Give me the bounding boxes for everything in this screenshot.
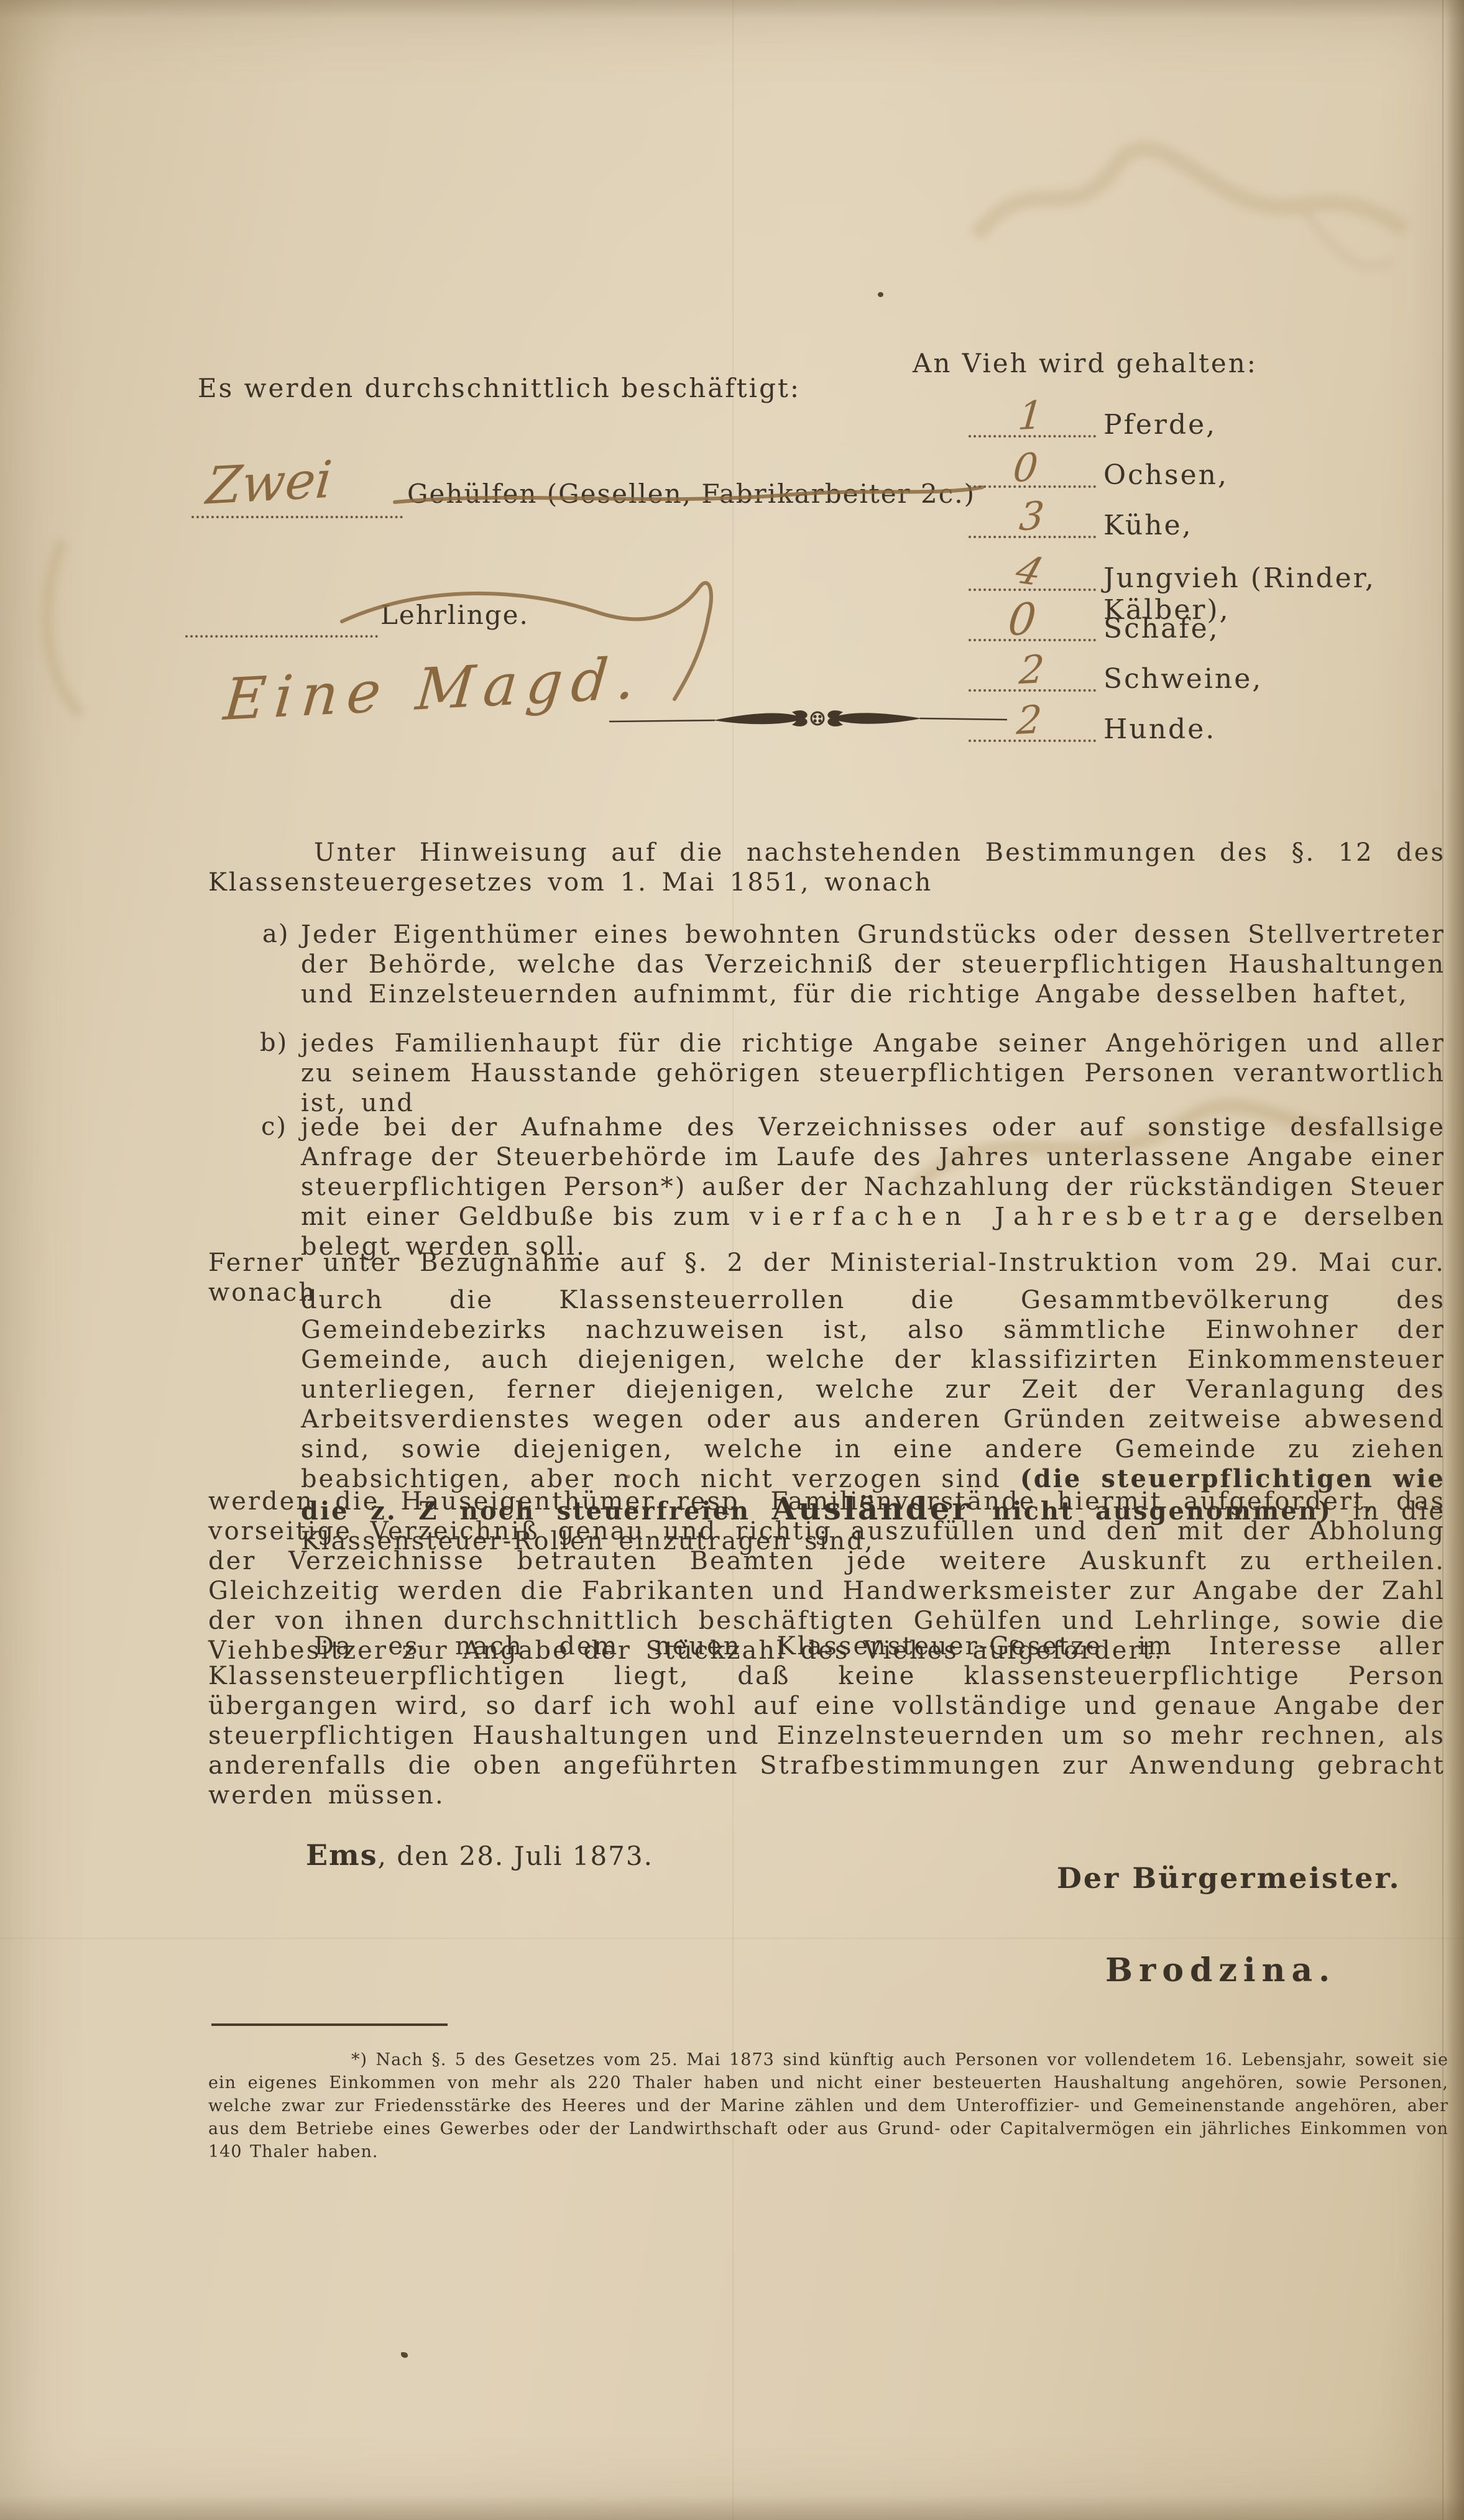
paper-speck (878, 292, 883, 297)
scanned-document-page: Es werden durchschnittlich beschäftigt: … (0, 0, 1464, 2520)
livestock-count-handwritten: 2 (1018, 650, 1046, 690)
item-c-letterspaced: vierfachen Jahresbetrage (750, 1203, 1286, 1231)
item-c-label: c) (261, 1112, 287, 1141)
item-b-label: b) (260, 1029, 288, 1057)
dateline-date: , den 28. Juli 1873. (378, 1841, 653, 1871)
item-c-text: jede bei der Aufnahme des Verzeichnisses… (301, 1112, 1445, 1262)
livestock-label: Kühe, (1103, 510, 1193, 541)
livestock-count-handwritten: 1 (1016, 396, 1044, 436)
item-b-text: jedes Familienhaupt für die richtige Ang… (301, 1029, 1445, 1118)
employment-heading: Es werden durchschnittlich beschäftigt: (198, 373, 801, 403)
livestock-count-handwritten: 0 (1011, 448, 1039, 488)
livestock-label: Schweine, (1103, 663, 1263, 695)
horizontal-fold-crease (0, 1938, 1464, 1939)
signature-title: Der Bürgermeister. (1057, 1861, 1401, 1895)
dateline: Ems, den 28. Juli 1873. (306, 1838, 653, 1872)
assistants-count-handwritten: Zwei (204, 450, 334, 516)
bleedthrough-ink-mark (957, 75, 1430, 298)
livestock-label: Pferde, (1103, 409, 1217, 441)
livestock-label: Hunde. (1103, 713, 1216, 745)
signature-name: Brodzina. (1105, 1951, 1336, 1989)
intro-paragraph: Unter Hinweisung auf die nachstehenden B… (208, 838, 1445, 897)
bleedthrough-ink-mark (25, 516, 211, 740)
livestock-leader (969, 639, 1096, 641)
item-a-label: a) (262, 920, 289, 948)
dateline-place: Ems (306, 1838, 378, 1872)
livestock-count-handwritten: 2 (1015, 700, 1043, 740)
swelled-rule-ornament-icon (606, 701, 1010, 741)
strikethrough-ink-stroke (392, 479, 988, 522)
livestock-label: Schafe, (1103, 613, 1220, 644)
livestock-heading: An Vieh wird gehalten: (913, 348, 1258, 378)
da-paragraph: Da es nach dem neuen Klassensteuer-Geset… (208, 1631, 1445, 1810)
paper-speck (401, 2352, 408, 2358)
livestock-count-handwritten: 0 (1006, 600, 1033, 639)
item-a-text: Jeder Eigenthümer eines bewohnten Grunds… (301, 920, 1445, 1009)
footnote-text: *) Nach §. 5 des Gesetzes vom 25. Mai 18… (208, 2048, 1448, 2163)
livestock-label: Ochsen, (1103, 459, 1228, 491)
instruction-block-part1: durch die Klassensteuerrollen die Gesamm… (301, 1286, 1445, 1493)
footnote-rule (211, 2023, 448, 2026)
maid-note-handwritten: Eine Magd. (221, 644, 647, 733)
livestock-count-handwritten: 3 (1018, 497, 1046, 536)
assistants-dotted-leader (191, 516, 403, 518)
livestock-count-handwritten: 4 (1011, 551, 1047, 591)
